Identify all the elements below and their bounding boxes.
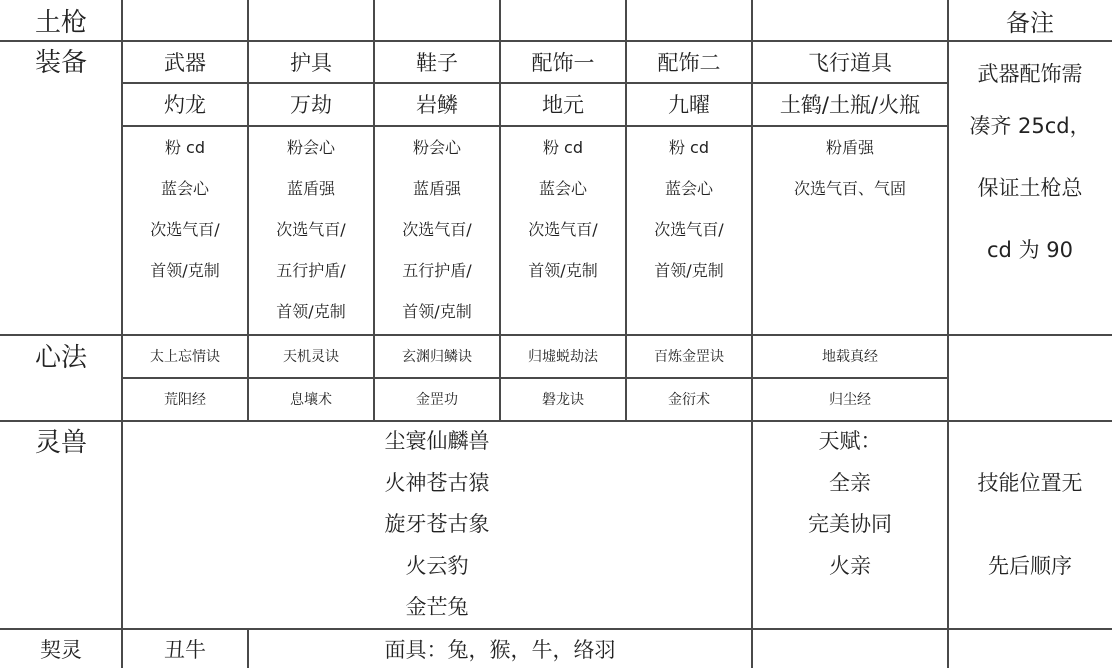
beast-list: 尘寰仙麟兽 火神苍古猿 旋牙苍古象 火云豹 金芒兔 bbox=[122, 421, 752, 629]
stat-line: 蓝会心 bbox=[161, 168, 209, 209]
xinfa-1-3: 玄渊归鳞诀 bbox=[374, 335, 500, 377]
stat-line: 粉会心 bbox=[287, 127, 335, 168]
stats-shoes: 粉会心 蓝盾强 次选气百/ 五行护盾/ 首领/克制 bbox=[374, 127, 500, 332]
set-shoes: 岩鳞 bbox=[374, 83, 500, 125]
stat-line: 次选气百/ bbox=[150, 209, 219, 250]
set-accessory-1: 地元 bbox=[500, 83, 626, 125]
stat-line: 首领/克制 bbox=[528, 250, 597, 291]
note-line: 技能位置无 bbox=[978, 462, 1083, 504]
stat-line: 次选气百/ bbox=[402, 209, 471, 250]
xinfa-1-5: 百炼金罡诀 bbox=[626, 335, 752, 377]
talent-item: 火亲 bbox=[829, 546, 871, 588]
slot-flying-item: 飞行道具 bbox=[752, 41, 948, 82]
set-flying-item: 土鹤/土瓶/火瓶 bbox=[752, 83, 948, 125]
stat-line: 首领/克制 bbox=[402, 291, 471, 332]
note-line: cd 为 90 bbox=[987, 219, 1073, 281]
xinfa-1-1: 太上忘情诀 bbox=[122, 335, 248, 377]
stat-line: 首领/克制 bbox=[150, 250, 219, 291]
stat-line: 次选气百/ bbox=[528, 209, 597, 250]
xinfa-1-6: 地载真经 bbox=[752, 335, 948, 377]
row-label-equipment: 装备 bbox=[0, 42, 122, 79]
beast-item: 旋牙苍古象 bbox=[385, 504, 490, 546]
xinfa-2-3: 金罡功 bbox=[374, 378, 500, 420]
stats-flying-item: 粉盾强 次选气百、气固 bbox=[752, 127, 948, 209]
xinfa-2-2: 息壤术 bbox=[248, 378, 374, 420]
note-line: 武器配饰需 bbox=[978, 54, 1083, 95]
stat-line: 粉盾强 bbox=[826, 127, 874, 168]
stat-line: 首领/克制 bbox=[654, 250, 723, 291]
stats-accessory-2: 粉 cd 蓝会心 次选气百/ 首领/克制 bbox=[626, 127, 752, 291]
xinfa-2-1: 荒阳经 bbox=[122, 378, 248, 420]
note-line: 先后顺序 bbox=[988, 545, 1072, 587]
stat-line: 次选气百、气固 bbox=[794, 168, 906, 209]
beast-item: 火神苍古猿 bbox=[385, 463, 490, 505]
note-line: 保证土枪总 bbox=[978, 157, 1083, 219]
lingshou-note: 技能位置无 先后顺序 bbox=[948, 462, 1112, 587]
row-label-qiling: 契灵 bbox=[0, 629, 122, 668]
stat-line: 粉 cd bbox=[543, 127, 583, 168]
stat-line: 五行护盾/ bbox=[402, 250, 471, 291]
slot-accessory-1: 配饰一 bbox=[500, 41, 626, 82]
stats-weapon: 粉 cd 蓝会心 次选气百/ 首领/克制 bbox=[122, 127, 248, 291]
stat-line: 蓝会心 bbox=[665, 168, 713, 209]
equipment-note: 武器配饰需 凑齐 25cd， 保证土枪总 cd 为 90 bbox=[948, 54, 1112, 281]
xinfa-1-2: 天机灵诀 bbox=[248, 335, 374, 377]
set-accessory-2: 九曜 bbox=[626, 83, 752, 125]
beast-item: 金芒兔 bbox=[406, 587, 469, 629]
stat-line: 粉 cd bbox=[669, 127, 709, 168]
stat-line: 粉 cd bbox=[165, 127, 205, 168]
talent-item: 全亲 bbox=[829, 463, 871, 505]
set-weapon: 灼龙 bbox=[122, 83, 248, 125]
row-label-xinfa: 心法 bbox=[0, 337, 122, 374]
stat-line: 首领/克制 bbox=[276, 291, 345, 332]
stat-line: 粉会心 bbox=[413, 127, 461, 168]
stats-armor: 粉会心 蓝盾强 次选气百/ 五行护盾/ 首领/克制 bbox=[248, 127, 374, 332]
row-label-weapon-type: 土枪 bbox=[0, 2, 122, 39]
stat-line: 蓝盾强 bbox=[287, 168, 335, 209]
qiling-spirit: 丑牛 bbox=[122, 629, 248, 668]
build-table: 土枪 备注 装备 武器 护具 鞋子 配饰一 配饰二 飞行道具 灼龙 万劫 岩鳞 … bbox=[0, 0, 1112, 668]
xinfa-2-5: 金衍术 bbox=[626, 378, 752, 420]
stat-line: 次选气百/ bbox=[276, 209, 345, 250]
xinfa-2-6: 归尘经 bbox=[752, 378, 948, 420]
stat-line: 蓝会心 bbox=[539, 168, 587, 209]
stat-line: 蓝盾强 bbox=[413, 168, 461, 209]
beast-item: 火云豹 bbox=[406, 546, 469, 588]
stats-accessory-1: 粉 cd 蓝会心 次选气百/ 首领/克制 bbox=[500, 127, 626, 291]
qiling-masks: 面具：兔，猴，牛，络羽 bbox=[248, 629, 752, 668]
talent-list: 天赋： 全亲 完美协同 火亲 bbox=[752, 421, 948, 587]
slot-weapon: 武器 bbox=[122, 41, 248, 82]
talent-item: 完美协同 bbox=[808, 504, 892, 546]
talent-item: 天赋： bbox=[819, 421, 882, 463]
row-label-lingshou: 灵兽 bbox=[0, 422, 122, 459]
slot-accessory-2: 配饰二 bbox=[626, 41, 752, 82]
beast-item: 尘寰仙麟兽 bbox=[385, 421, 490, 463]
slot-shoes: 鞋子 bbox=[374, 41, 500, 82]
note-line: 凑齐 25cd， bbox=[969, 95, 1090, 157]
notes-header: 备注 bbox=[948, 0, 1112, 40]
set-armor: 万劫 bbox=[248, 83, 374, 125]
stat-line: 五行护盾/ bbox=[276, 250, 345, 291]
xinfa-1-4: 归墟蜕劫法 bbox=[500, 335, 626, 377]
xinfa-2-4: 磐龙诀 bbox=[500, 378, 626, 420]
slot-armor: 护具 bbox=[248, 41, 374, 82]
stat-line: 次选气百/ bbox=[654, 209, 723, 250]
